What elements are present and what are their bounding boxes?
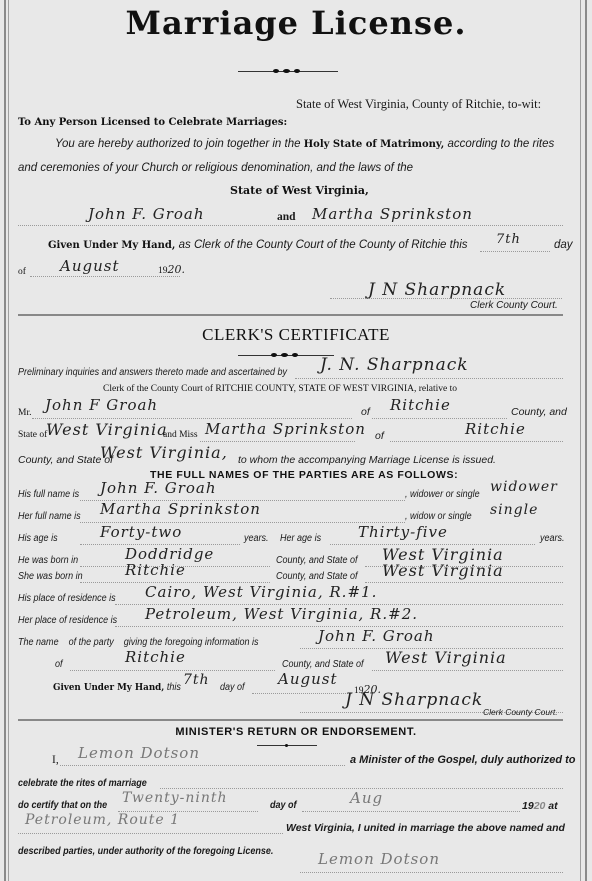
she-born-county: Ritchie xyxy=(125,561,186,579)
minister-signature: Lemon Dotson xyxy=(318,850,440,868)
mr-county: Ritchie xyxy=(390,396,451,414)
his-age: Forty-two xyxy=(100,523,182,541)
marriage-place: Petroleum, Route 1 xyxy=(25,812,180,828)
widow-label: , widow or single xyxy=(405,511,472,522)
given-day: 7th xyxy=(496,232,521,247)
mr-state: West Virginia xyxy=(46,420,168,439)
cert-given-label: Given Under My Hand, this xyxy=(53,682,181,693)
day-label: day xyxy=(554,239,573,251)
mr-name: John F Groah xyxy=(45,396,158,414)
venue-line: State of West Virginia, County of Ritchi… xyxy=(296,97,541,112)
day-of-label: day of xyxy=(270,800,297,811)
his-age-label: His age is xyxy=(18,533,58,544)
miss-county: Ritchie xyxy=(465,420,526,438)
of-label: of xyxy=(18,267,26,277)
marriage-month: Aug xyxy=(350,789,383,807)
his-residence: Cairo, West Virginia, R.#1. xyxy=(145,583,377,601)
right-border-inner xyxy=(580,0,581,881)
she-county-state-label: County, and State of xyxy=(276,571,358,582)
her-years-label: years. xyxy=(540,533,565,544)
his-years-label: years. xyxy=(244,533,269,544)
informant-of-label: of xyxy=(55,659,63,670)
clerk-signature: J N Sharpnack xyxy=(368,280,506,300)
salutation: To Any Person Licensed to Celebrate Marr… xyxy=(18,117,287,128)
he-born-label: He was born in xyxy=(18,555,78,566)
clerks-certificate-heading: CLERK'S CERTIFICATE xyxy=(0,325,592,345)
informant-county: Ritchie xyxy=(125,648,186,666)
cert-clerk-signature: J N Sharpnack xyxy=(345,690,483,710)
and-label: and xyxy=(277,211,296,223)
her-age: Thirty-five xyxy=(358,523,448,541)
section-divider-2 xyxy=(18,719,563,721)
minister-text: a Minister of the Gospel, duly authorize… xyxy=(350,754,576,766)
mr-of-label: of xyxy=(361,406,370,418)
county-and-label: County, and xyxy=(511,406,567,418)
to-whom-text: to whom the accompanying Marriage Licens… xyxy=(238,454,496,466)
and-miss-label: and Miss xyxy=(163,430,198,440)
described-text: described parties, under authority of th… xyxy=(18,846,273,857)
mr-label: Mr. xyxy=(18,408,31,418)
minister-name: Lemon Dotson xyxy=(78,744,200,762)
cert-given-day: 7th xyxy=(183,672,210,688)
given-under-hand-line: Given Under My Hand, as Clerk of the Cou… xyxy=(48,239,468,251)
her-full-name: Martha Sprinkston xyxy=(100,500,261,518)
cert-given-month: August xyxy=(278,670,337,688)
given-month: August xyxy=(60,257,119,275)
she-born-state: West Virginia xyxy=(382,561,504,580)
prelim-clerk-name: J. N. Sharpnack xyxy=(320,355,469,375)
she-born-label: She was born in xyxy=(18,571,83,582)
marriage-license-document: Marriage License. State of West Virginia… xyxy=(0,0,592,881)
certify-text: do certify that on the xyxy=(18,800,107,811)
left-border-inner xyxy=(8,0,9,881)
groom-name: John F. Groah xyxy=(88,205,205,223)
ministers-return-heading: MINISTER'S RETURN OR ENDORSEMENT. xyxy=(0,726,592,738)
informant-county-state-label: County, and State of xyxy=(282,659,364,670)
miss-of-label: of xyxy=(375,430,384,442)
united-text: West Virginia, I united in marriage the … xyxy=(286,822,565,834)
left-border xyxy=(4,0,6,881)
clerk-title: Clerk County Court. xyxy=(470,300,558,311)
miss-name: Martha Sprinkston xyxy=(205,420,366,438)
given-year: 1920. xyxy=(158,263,185,276)
county-state-label: County, and State of xyxy=(18,454,113,466)
i-label: I, xyxy=(52,754,59,766)
informant-name: John F. Groah xyxy=(318,627,435,645)
her-name-label: Her full name is xyxy=(18,511,81,522)
his-status: widower xyxy=(490,479,558,495)
minister-ornament xyxy=(257,742,317,750)
her-residence-label: Her place of residence is xyxy=(18,615,117,626)
her-age-label: Her age is xyxy=(280,533,321,544)
marriage-day: Twenty-ninth xyxy=(122,790,228,806)
widower-label: , widower or single xyxy=(405,489,480,500)
authorization-line-2: and ceremonies of your Church or religio… xyxy=(18,162,413,174)
he-county-state-label: County, and State of xyxy=(276,555,358,566)
his-name-label: His full name is xyxy=(18,489,79,500)
informant-label: The name of the party giving the foregoi… xyxy=(18,637,259,648)
cert-day-of-label: day of xyxy=(220,682,245,693)
her-residence: Petroleum, West Virginia, R.#2. xyxy=(145,605,418,623)
his-full-name: John F. Groah xyxy=(100,479,217,497)
cert-clerk-title: Clerk County Court. xyxy=(483,707,558,717)
prelim-label: Preliminary inquiries and answers theret… xyxy=(18,367,287,378)
state-of-west-virginia: State of West Virginia, xyxy=(230,184,369,197)
miss-state: West Virginia, xyxy=(100,443,228,462)
her-status: single xyxy=(490,502,538,518)
clerk-of-court-line: Clerk of the County Court of RITCHIE COU… xyxy=(103,384,457,394)
title-ornament xyxy=(238,68,338,76)
state-of-label: State of xyxy=(18,430,47,440)
his-residence-label: His place of residence is xyxy=(18,593,116,604)
right-border xyxy=(585,0,587,881)
marriage-year: 1920 at xyxy=(522,800,558,812)
celebrate-text: celebrate the rites of marriage xyxy=(18,778,147,789)
section-divider xyxy=(18,314,563,316)
authorization-line-1: You are hereby authorized to join togeth… xyxy=(55,138,554,150)
document-title: Marriage License. xyxy=(0,4,592,42)
informant-state: West Virginia xyxy=(385,648,507,667)
bride-name: Martha Sprinkston xyxy=(312,205,473,223)
